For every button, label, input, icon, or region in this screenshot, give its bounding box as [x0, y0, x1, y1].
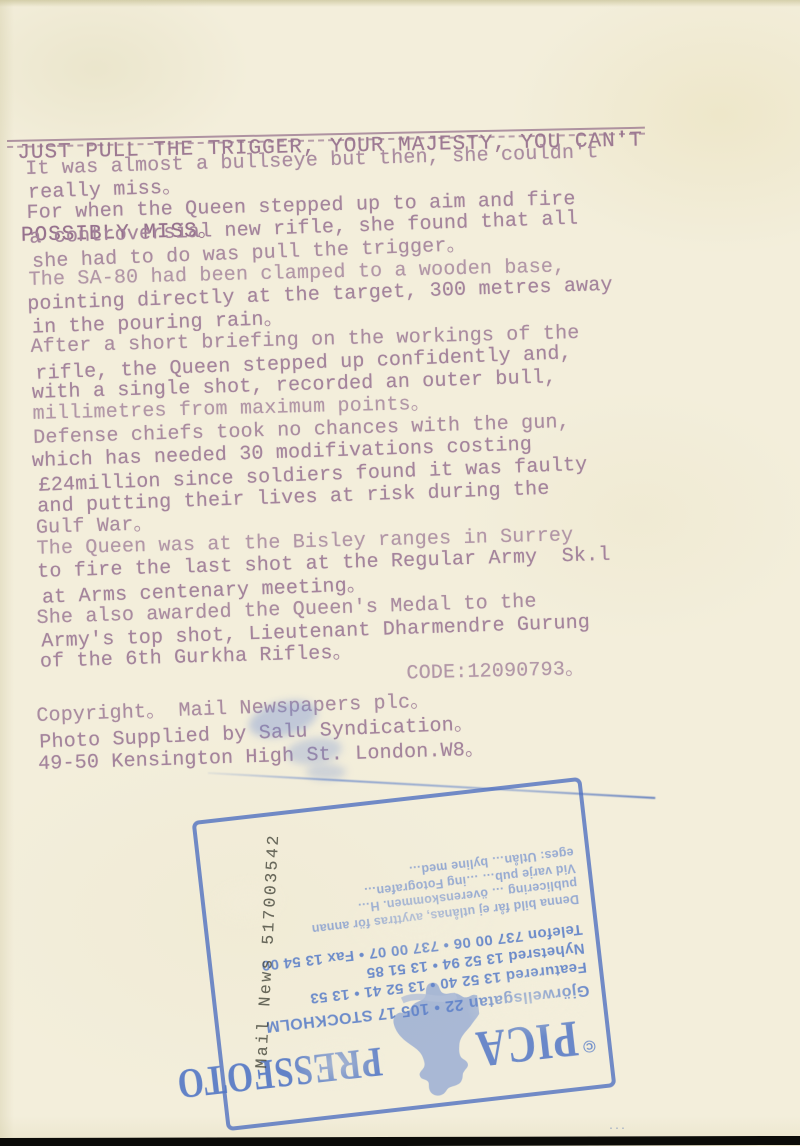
caption-body-text: It was almost a bullseye but then, she c… [25, 138, 741, 696]
copyright-symbol: © [582, 1035, 597, 1056]
stray-marks: ··· [608, 1124, 634, 1129]
photo-edge-strip [0, 1136, 800, 1146]
stamp-brand-pica: PICA [473, 1009, 581, 1079]
agency-rubber-stamp: © PICA PRESSFOTO Gjörwellsgatan 22 • 105… [192, 777, 617, 1131]
